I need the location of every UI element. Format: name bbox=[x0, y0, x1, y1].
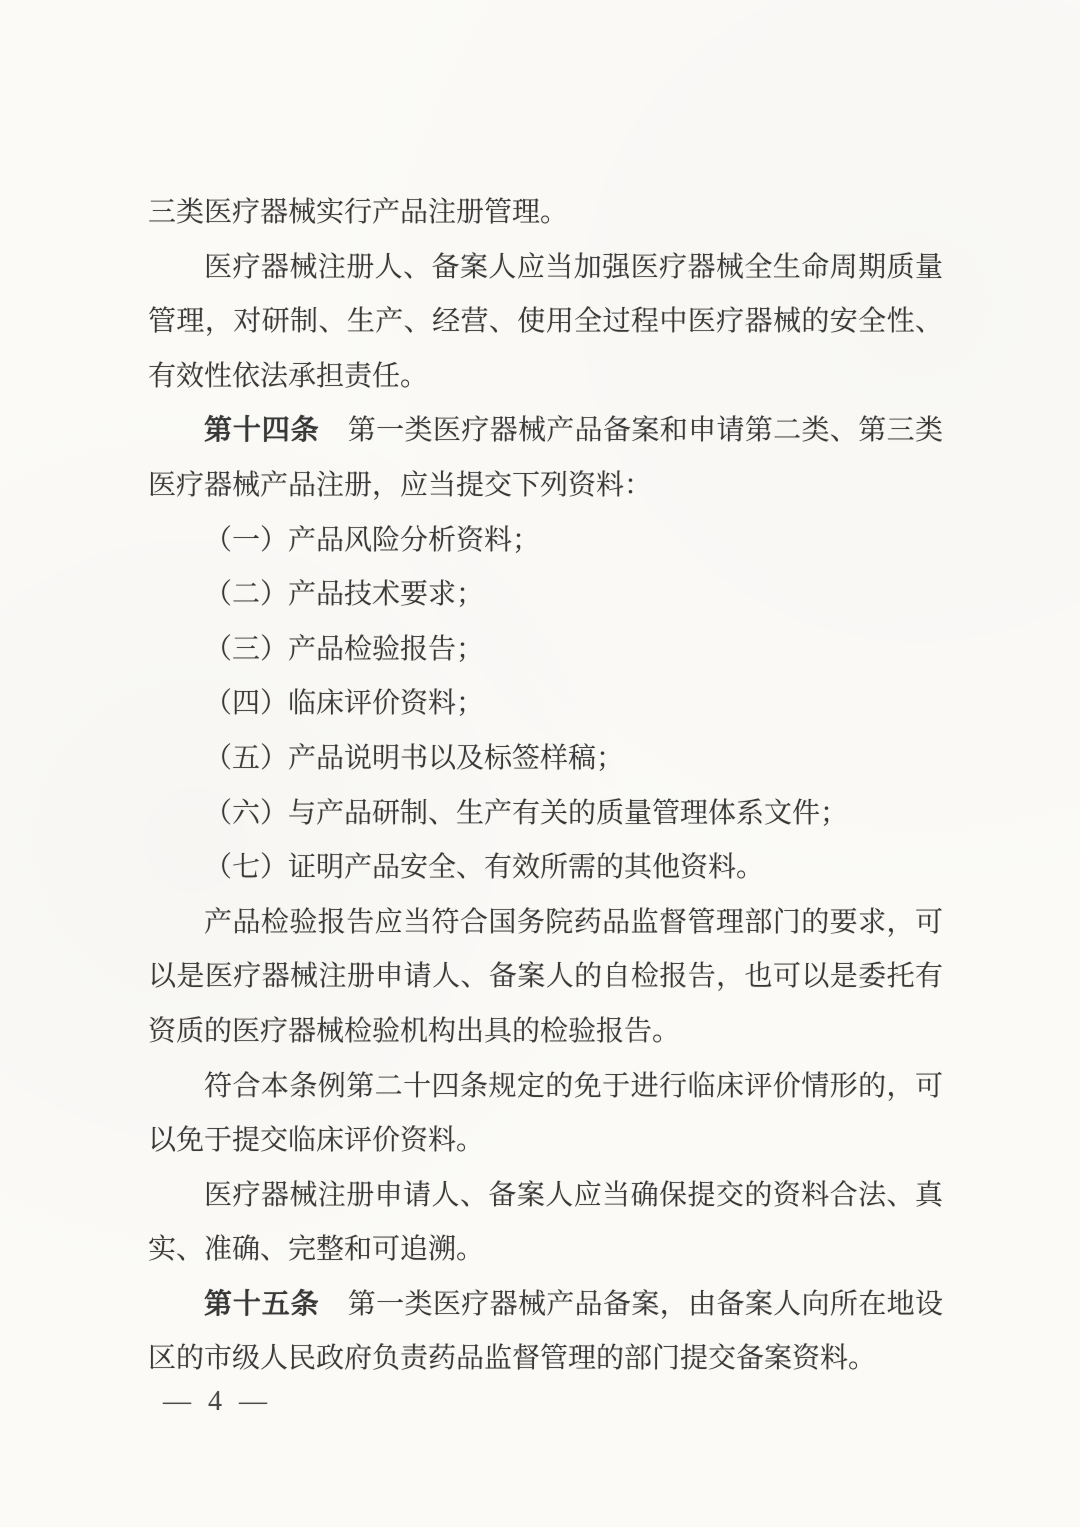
paragraph-text: 三类医疗器械实行产品注册管理。 bbox=[148, 197, 568, 228]
paragraph-text: 符合本条例第二十四条规定的免于进行临床评价情形的，可以免于提交临床评价资料。 bbox=[148, 1071, 943, 1157]
paragraph: 第十四条 第一类医疗器械产品备案和申请第二类、第三类医疗器械产品注册，应当提交下… bbox=[148, 404, 943, 513]
list-item: （七）证明产品安全、有效所需的其他资料。 bbox=[148, 841, 943, 896]
paragraph-text: （五）产品说明书以及标签样稿； bbox=[204, 743, 624, 774]
paragraph: 医疗器械注册人、备案人应当加强医疗器械全生命周期质量管理，对研制、生产、经营、使… bbox=[148, 241, 943, 405]
paragraph-text: （六）与产品研制、生产有关的质量管理体系文件； bbox=[204, 798, 848, 829]
paragraph: 医疗器械注册申请人、备案人应当确保提交的资料合法、真实、准确、完整和可追溯。 bbox=[148, 1169, 943, 1278]
paragraph-text: （三）产品检验报告； bbox=[204, 634, 484, 665]
paragraph: 产品检验报告应当符合国务院药品监督管理部门的要求，可以是医疗器械注册申请人、备案… bbox=[148, 896, 943, 1060]
paragraph: 三类医疗器械实行产品注册管理。 bbox=[148, 186, 943, 241]
paragraph-text: （七）证明产品安全、有效所需的其他资料。 bbox=[204, 852, 764, 883]
paragraph-text: 医疗器械注册申请人、备案人应当确保提交的资料合法、真实、准确、完整和可追溯。 bbox=[148, 1180, 943, 1266]
article-number: 第十五条 bbox=[204, 1289, 319, 1320]
list-item: （六）与产品研制、生产有关的质量管理体系文件； bbox=[148, 787, 943, 842]
list-item: （一）产品风险分析资料； bbox=[148, 514, 943, 569]
article-number: 第十四条 bbox=[204, 415, 319, 446]
page-number: — 4 — bbox=[163, 1382, 272, 1422]
paragraph-text: 医疗器械注册人、备案人应当加强医疗器械全生命周期质量管理，对研制、生产、经营、使… bbox=[148, 252, 943, 392]
list-item: （四）临床评价资料； bbox=[148, 677, 943, 732]
paragraph: 第十五条 第一类医疗器械产品备案，由备案人向所在地设区的市级人民政府负责药品监督… bbox=[148, 1278, 943, 1387]
paragraph-text: （四）临床评价资料； bbox=[204, 688, 484, 719]
list-item: （五）产品说明书以及标签样稿； bbox=[148, 732, 943, 787]
paragraph-text: （一）产品风险分析资料； bbox=[204, 525, 540, 556]
paragraph-text: 产品检验报告应当符合国务院药品监督管理部门的要求，可以是医疗器械注册申请人、备案… bbox=[148, 907, 943, 1047]
document-body: 三类医疗器械实行产品注册管理。医疗器械注册人、备案人应当加强医疗器械全生命周期质… bbox=[148, 186, 943, 1387]
paragraph-text: （二）产品技术要求； bbox=[204, 579, 484, 610]
paragraph: 符合本条例第二十四条规定的免于进行临床评价情形的，可以免于提交临床评价资料。 bbox=[148, 1060, 943, 1169]
list-item: （三）产品检验报告； bbox=[148, 623, 943, 678]
list-item: （二）产品技术要求； bbox=[148, 568, 943, 623]
document-page: 三类医疗器械实行产品注册管理。医疗器械注册人、备案人应当加强医疗器械全生命周期质… bbox=[0, 0, 1080, 1527]
